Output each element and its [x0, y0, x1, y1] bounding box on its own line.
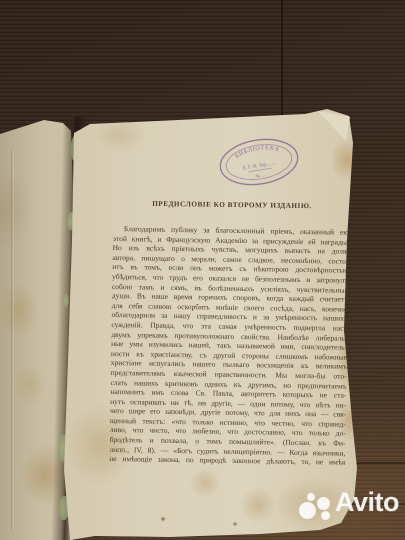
- watermark-text: Avito: [335, 487, 399, 518]
- book-photo-scene: БИБЛІОТЕКА Е. Г. Н. Тер…… № …. ПРЕДИСЛОВ…: [0, 0, 405, 540]
- page-crease: [11, 150, 14, 530]
- body-text: Благодаримъ публику за благосклонный прі…: [109, 224, 349, 468]
- binding-damage-patch: [63, 294, 69, 307]
- floor-plank-seam: [281, 0, 283, 120]
- svg-text:№ ….: № ….: [255, 172, 267, 179]
- avito-watermark: Avito: [297, 490, 405, 530]
